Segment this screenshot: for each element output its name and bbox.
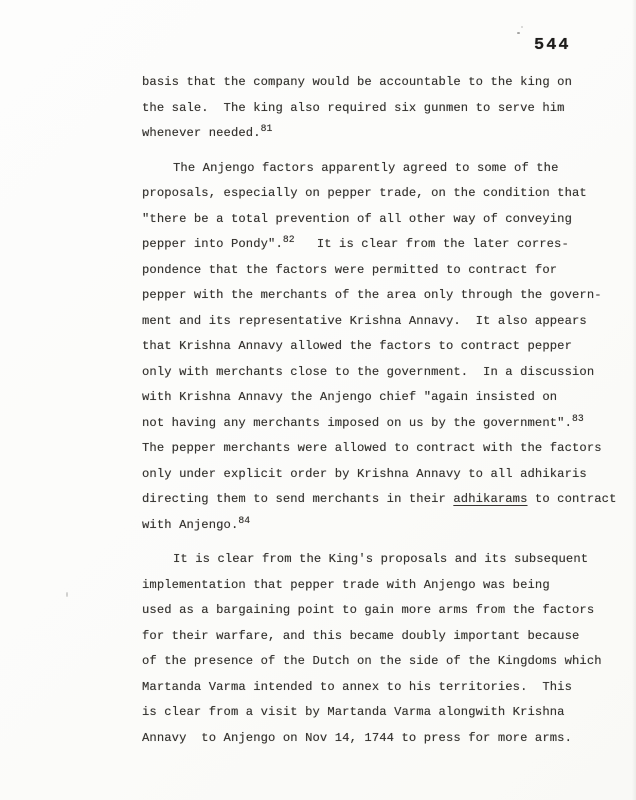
paragraph: The Anjengo factors apparently agreed to… (142, 156, 628, 539)
scan-speck (517, 32, 520, 34)
text-segment: ment and its representative Krishna Anna… (142, 314, 587, 328)
text-segment: directing them to send merchants in thei… (142, 492, 453, 506)
text-line: The pepper merchants were allowed to con… (142, 436, 628, 462)
text-line: that Krishna Annavy allowed the factors … (142, 334, 628, 360)
text-segment: implementation that pepper trade with An… (142, 578, 550, 592)
text-line: of the presence of the Dutch on the side… (142, 649, 628, 675)
paragraph: It is clear from the King's proposals an… (142, 547, 628, 751)
text-line: "there be a total prevention of all othe… (142, 207, 628, 233)
text-segment: with Anjengo. (142, 518, 238, 532)
footnote-marker: 83 (572, 413, 584, 424)
text-segment: whenever needed. (142, 126, 261, 140)
text-segment: the sale. The king also required six gun… (142, 101, 565, 115)
text-line: pondence that the factors were permitted… (142, 258, 628, 284)
text-line: only with merchants close to the governm… (142, 360, 628, 386)
text-segment: The Anjengo factors apparently agreed to… (173, 161, 559, 175)
scan-edge-shadow (632, 0, 636, 800)
text-segment: Martanda Varma intended to annex to his … (142, 680, 572, 694)
page-number: 544 (534, 36, 571, 55)
text-line: proposals, especially on pepper trade, o… (142, 181, 628, 207)
footnote-marker: 81 (261, 123, 273, 134)
text-line: used as a bargaining point to gain more … (142, 598, 628, 624)
scan-speck (521, 26, 523, 28)
text-line: pepper with the merchants of the area on… (142, 283, 628, 309)
text-line: the sale. The king also required six gun… (142, 96, 628, 122)
text-line: pepper into Pondy".82 It is clear from t… (142, 232, 628, 258)
text-line: not having any merchants imposed on us b… (142, 411, 628, 437)
text-line: with Krishna Annavy the Anjengo chief "a… (142, 385, 628, 411)
text-line: only under explicit order by Krishna Ann… (142, 462, 628, 488)
body-text: basis that the company would be accounta… (142, 70, 628, 751)
text-segment: pepper with the merchants of the area on… (142, 288, 602, 302)
text-line: directing them to send merchants in thei… (142, 487, 628, 513)
text-segment: with Krishna Annavy the Anjengo chief "a… (142, 390, 557, 404)
text-line: Martanda Varma intended to annex to his … (142, 675, 628, 701)
text-line: basis that the company would be accounta… (142, 70, 628, 96)
text-line: ment and its representative Krishna Anna… (142, 309, 628, 335)
text-segment: The pepper merchants were allowed to con… (142, 441, 602, 455)
text-line: Annavy to Anjengo on Nov 14, 1744 to pre… (142, 726, 628, 752)
scan-speck (66, 592, 68, 597)
text-line: for their warfare, and this became doubl… (142, 624, 628, 650)
text-segment: used as a bargaining point to gain more … (142, 603, 594, 617)
text-segment: only with merchants close to the governm… (142, 365, 594, 379)
text-segment: "there be a total prevention of all othe… (142, 212, 572, 226)
text-segment: pepper into Pondy". (142, 237, 283, 251)
scanned-page: 544 basis that the company would be acco… (0, 0, 636, 800)
footnote-marker: 82 (283, 234, 295, 245)
text-line: implementation that pepper trade with An… (142, 573, 628, 599)
text-line: The Anjengo factors apparently agreed to… (142, 156, 628, 182)
text-segment: not having any merchants imposed on us b… (142, 416, 572, 430)
text-segment: basis that the company would be accounta… (142, 75, 572, 89)
text-segment: for their warfare, and this became doubl… (142, 629, 579, 643)
text-segment: It is clear from the later corres- (295, 237, 569, 251)
text-segment: that Krishna Annavy allowed the factors … (142, 339, 572, 353)
text-segment: only under explicit order by Krishna Ann… (142, 467, 587, 481)
footnote-marker: 84 (238, 515, 250, 526)
text-segment: pondence that the factors were permitted… (142, 263, 557, 277)
text-line: It is clear from the King's proposals an… (142, 547, 628, 573)
text-segment: to contract (528, 492, 617, 506)
text-line: whenever needed.81 (142, 121, 628, 147)
underlined-term: adhikarams (453, 492, 527, 506)
text-line: with Anjengo.84 (142, 513, 628, 539)
text-segment: Annavy to Anjengo on Nov 14, 1744 to pre… (142, 731, 572, 745)
text-line: is clear from a visit by Martanda Varma … (142, 700, 628, 726)
text-segment: is clear from a visit by Martanda Varma … (142, 705, 565, 719)
paragraph: basis that the company would be accounta… (142, 70, 628, 147)
text-segment: It is clear from the King's proposals an… (173, 552, 588, 566)
text-segment: proposals, especially on pepper trade, o… (142, 186, 587, 200)
text-segment: of the presence of the Dutch on the side… (142, 654, 602, 668)
